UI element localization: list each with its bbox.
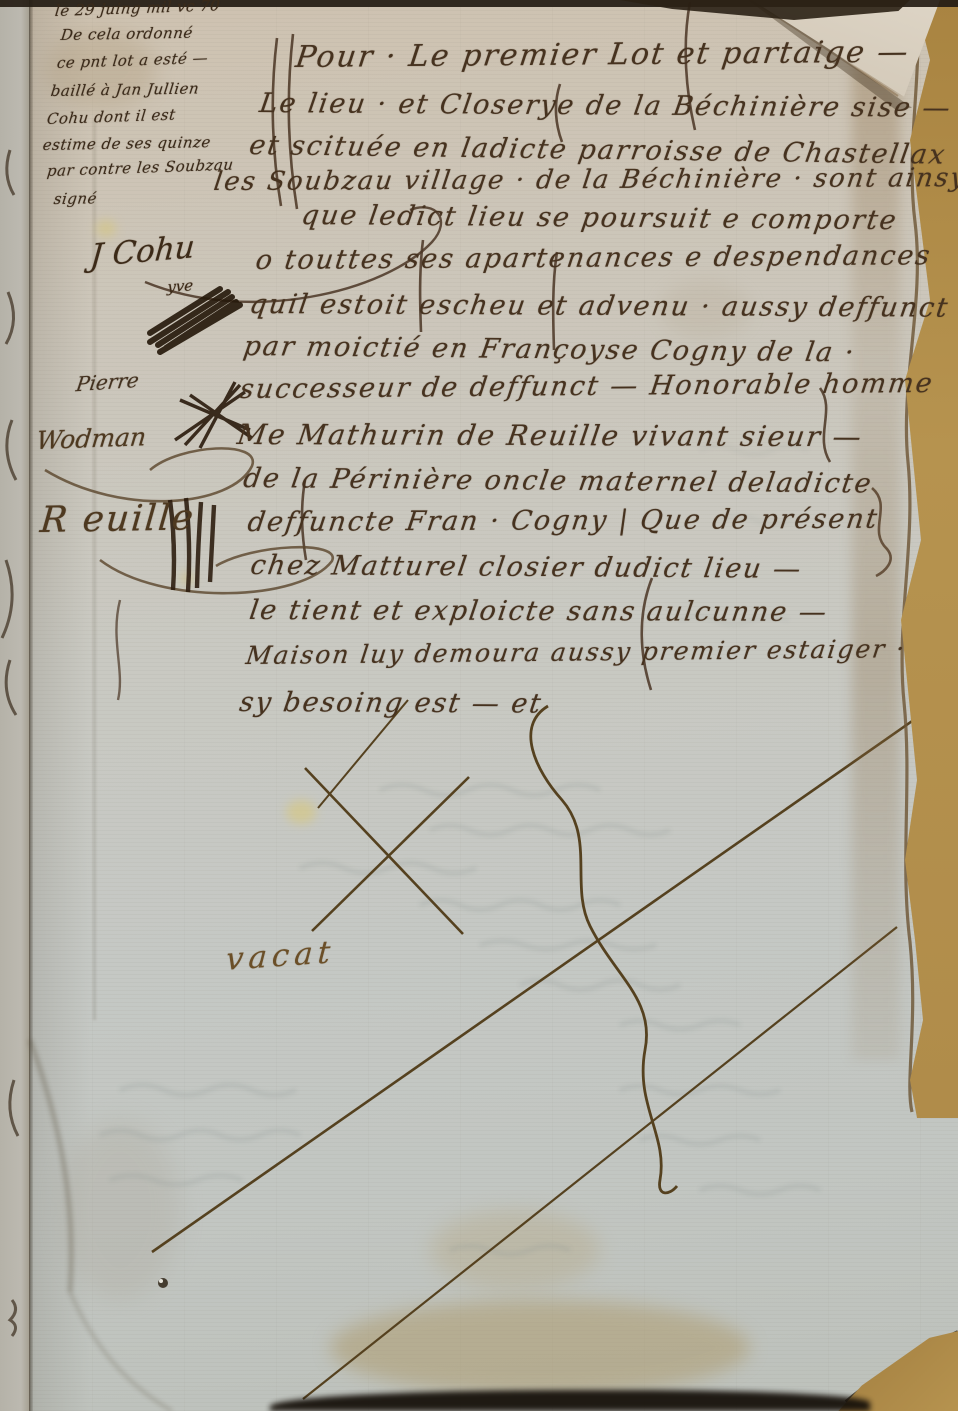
signature-reuille: R euille bbox=[38, 497, 196, 541]
manuscript-line: deffuncte Fran · Cogny | Que de présent bbox=[246, 504, 881, 538]
manuscript-line: Cohu dont il est bbox=[46, 106, 176, 129]
stain bbox=[330, 1300, 750, 1395]
wax-stain bbox=[180, 572, 195, 585]
wax-stain bbox=[96, 220, 116, 237]
signature-pierre: Pierre bbox=[75, 368, 141, 397]
manuscript-line: que ledict lieu se poursuit e comporte bbox=[299, 200, 900, 236]
manuscript-line: successeur de deffunct — Honorable homme bbox=[238, 368, 936, 405]
manuscript-page: Pour · Le premier Lot et partaige —Le li… bbox=[0, 0, 958, 1411]
manuscript-line: o touttes ses apartenances e despendance… bbox=[254, 240, 934, 276]
manuscript-line: Maison luy demoura aussy premier estaige… bbox=[244, 634, 908, 670]
manuscript-line: par moictié en Françoyse Cogny de la · bbox=[241, 331, 857, 368]
manuscript-line: le 29 juing mil vc 70 bbox=[54, 0, 221, 20]
manuscript-line: De cela ordonné bbox=[60, 24, 194, 44]
signature-wodman: Wodman bbox=[35, 422, 148, 455]
manuscript-line: quil estoit escheu et advenu · aussy def… bbox=[247, 289, 951, 324]
cancellation-strokes bbox=[152, 700, 938, 1399]
manuscript-line: Me Mathurin de Reuille vivant sieur — bbox=[235, 418, 865, 453]
signature-cohu-subscript: yve bbox=[167, 276, 194, 296]
manuscript-line: chez Matturel closier dudict lieu — bbox=[248, 550, 804, 585]
underlying-page-sliver bbox=[0, 0, 30, 1411]
bottom-edge-shadow bbox=[270, 1390, 870, 1411]
manuscript-line: sy besoing est — et bbox=[237, 687, 544, 720]
manuscript-line: Pour · Le premier Lot et partaige — bbox=[293, 35, 911, 75]
binding-seam bbox=[29, 0, 33, 1411]
manuscript-line: signé bbox=[53, 189, 98, 208]
stain bbox=[430, 1210, 600, 1290]
manuscript-line: les Soubzau village · de la Béchinière ·… bbox=[212, 163, 958, 197]
manuscript-line: Le lieu · et Closerye de la Béchinière s… bbox=[257, 88, 953, 124]
wormhole bbox=[158, 1278, 168, 1288]
wax-stain bbox=[286, 800, 316, 824]
stain bbox=[60, 1120, 180, 1300]
manuscript-line: de la Périnière oncle maternel deladicte bbox=[241, 463, 875, 499]
manuscript-line: estime de ses quinze bbox=[42, 133, 212, 154]
manuscript-line: baillé à Jan Jullien bbox=[50, 79, 200, 100]
vacat-cancellation-word: vacat bbox=[225, 934, 337, 978]
manuscript-line: le tient et exploicte sans aulcunne — bbox=[248, 595, 831, 628]
